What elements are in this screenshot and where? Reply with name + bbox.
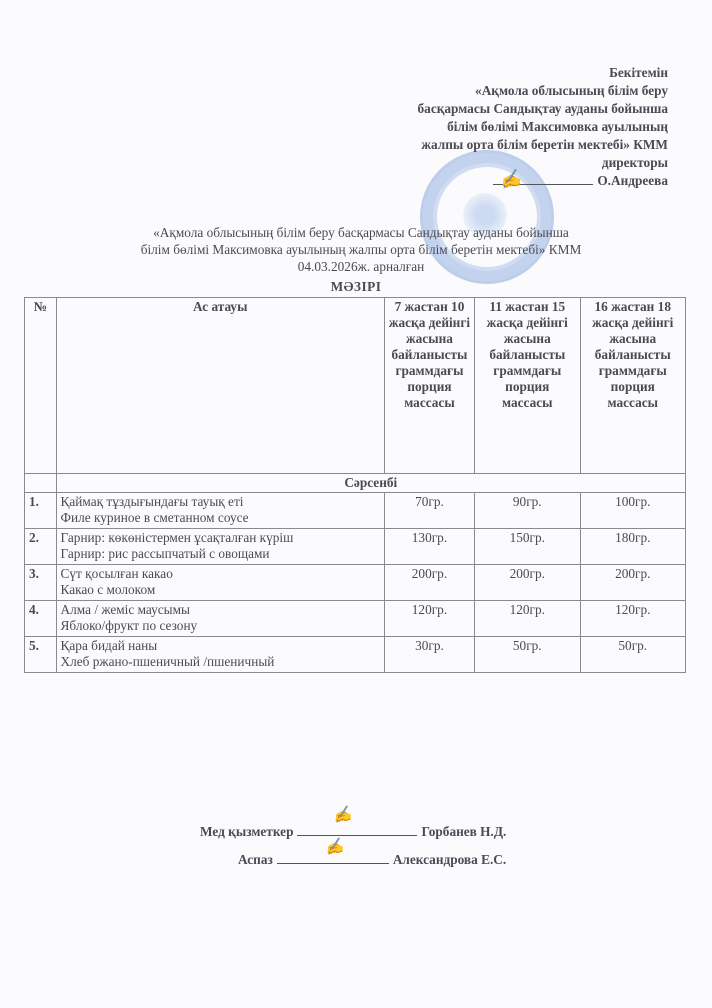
day-row: Сәрсенбі [25,474,686,493]
dish-name-ru: Филе куриное в сметанном соусе [61,510,380,526]
portion-age-16-18: 180гр. [580,529,685,565]
approval-org-line: басқармасы Сандықтау ауданы бойынша [308,100,668,118]
table-row: 3.Сүт қосылған какаоКакао с молоком200гр… [25,565,686,601]
portion-age-7-10: 120гр. [384,601,474,637]
dish-name: Қара бидай наныХлеб ржано-пшеничный /пше… [56,637,384,673]
portion-age-16-18: 200гр. [580,565,685,601]
director-name: О.Андреева [597,173,668,188]
dish-name-ru: Хлеб ржано-пшеничный /пшеничный [61,654,380,670]
document-subtitle: «Ақмола облысының білім беру басқармасы … [96,224,626,275]
subtitle-line: білім бөлімі Максимовка ауылының жалпы о… [96,241,626,258]
medic-label: Мед қызметкер [200,824,293,839]
menu-title: МӘЗІРІ [0,279,712,295]
medic-name: Горбанев Н.Д. [421,824,506,839]
dish-name-kz: Қара бидай наны [61,638,380,654]
header-dish-name: Ас атауы [56,298,384,474]
dish-name-ru: Какао с молоком [61,582,380,598]
portion-age-11-15: 200гр. [475,565,580,601]
staff-signatures: Мед қызметкерГорбанев Н.Д. АспазАлександ… [0,818,712,874]
dish-name: Сүт қосылған какаоКакао с молоком [56,565,384,601]
cook-label: Аспаз [238,852,273,867]
signature-line [297,823,417,836]
table-row: 1.Қаймақ тұздығындағы тауық етіФиле кури… [25,493,686,529]
portion-age-16-18: 50гр. [580,637,685,673]
portion-age-7-10: 70гр. [384,493,474,529]
table-header-row: № Ас атауы 7 жастан 10 жасқа дейінгі жас… [25,298,686,474]
dish-name-kz: Сүт қосылған какао [61,566,380,582]
table-row: 5.Қара бидай наныХлеб ржано-пшеничный /п… [25,637,686,673]
medic-row: Мед қызметкерГорбанев Н.Д. [0,818,712,846]
subtitle-line: «Ақмола облысының білім беру басқармасы … [96,224,626,241]
header-age-11-15: 11 жастан 15 жасқа дейінгі жасына байлан… [475,298,580,474]
portion-age-16-18: 100гр. [580,493,685,529]
table-row: 2.Гарнир: көкөністермен ұсақталған күріш… [25,529,686,565]
subtitle-date: 04.03.2026ж. арналған [96,258,626,275]
portion-age-7-10: 200гр. [384,565,474,601]
row-number: 3. [25,565,57,601]
approval-block: Бекітемін «Ақмола облысының білім беру б… [308,64,668,190]
dish-name-kz: Гарнир: көкөністермен ұсақталған күріш [61,530,380,546]
dish-name-ru: Яблоко/фрукт по сезону [61,618,380,634]
dish-name: Алма / жеміс маусымыЯблоко/фрукт по сезо… [56,601,384,637]
approval-heading: Бекітемін [308,64,668,82]
cook-name: Александрова Е.С. [393,852,506,867]
day-label: Сәрсенбі [56,474,685,493]
row-number: 4. [25,601,57,637]
director-signature-row: О.Андреева [308,172,668,190]
cook-row: АспазАлександрова Е.С. [0,846,712,874]
menu-table: № Ас атауы 7 жастан 10 жасқа дейінгі жас… [24,297,686,673]
approval-org-line: «Ақмола облысының білім беру [308,82,668,100]
approval-org-line: жалпы орта білім беретін мектебі» КММ [308,136,668,154]
approval-org-line: білім бөлімі Максимовка ауылының [308,118,668,136]
portion-age-11-15: 120гр. [475,601,580,637]
portion-age-7-10: 30гр. [384,637,474,673]
header-age-16-18: 16 жастан 18 жасқа дейінгі жасына байлан… [580,298,685,474]
dish-name-kz: Алма / жеміс маусымы [61,602,380,618]
dish-name: Гарнир: көкөністермен ұсақталған күрішГа… [56,529,384,565]
portion-age-7-10: 130гр. [384,529,474,565]
signature-line [277,851,389,864]
dish-name-ru: Гарнир: рис рассыпчатый с овощами [61,546,380,562]
portion-age-11-15: 50гр. [475,637,580,673]
header-num: № [25,298,57,474]
approval-role: директоры [308,154,668,172]
day-row-num [25,474,57,493]
portion-age-11-15: 90гр. [475,493,580,529]
portion-age-11-15: 150гр. [475,529,580,565]
director-signature-icon: ✍ [498,168,523,192]
row-number: 2. [25,529,57,565]
row-number: 5. [25,637,57,673]
header-age-7-10: 7 жастан 10 жасқа дейінгі жасына байланы… [384,298,474,474]
dish-name: Қаймақ тұздығындағы тауық етіФиле курино… [56,493,384,529]
dish-name-kz: Қаймақ тұздығындағы тауық еті [61,494,380,510]
row-number: 1. [25,493,57,529]
table-row: 4.Алма / жеміс маусымыЯблоко/фрукт по се… [25,601,686,637]
portion-age-16-18: 120гр. [580,601,685,637]
